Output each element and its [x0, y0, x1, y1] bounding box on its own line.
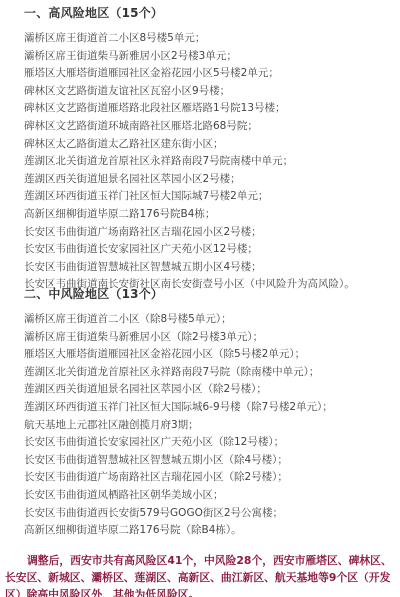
list-item: 灞桥区席王街道柴马新雅居小区2号楼3单元； [24, 48, 355, 66]
medium-risk-heading: 二、中风险地区（13个） [24, 285, 163, 302]
list-item: 灞桥区席王街道柴马新雅居小区（除2号楼3单元）； [24, 329, 333, 347]
list-item: 莲湖区环西街道玉祥门社区恒大国际城6-9号楼（除7号楼2单元）； [24, 399, 333, 417]
summary-paragraph: 调整后，西安市共有高风险区41个，中风险28个，西安市雁塔区、碑林区、长安区、新… [5, 552, 397, 597]
high-risk-heading: 一、高风险地区（15个） [24, 4, 163, 21]
list-item: 莲湖区西关街道旭景名园社区萃园小区（除2号楼）； [24, 381, 333, 399]
list-item: 莲湖区环西街道玉祥门社区恒大国际城7号楼2单元； [24, 188, 355, 206]
list-item: 莲湖区北关街道龙首原社区永祥路南段7号院南楼中单元； [24, 153, 355, 171]
list-item: 长安区韦曲街道长安家园社区广天苑小区（除12号楼）； [24, 434, 333, 452]
list-item: 长安区韦曲街道广场南路社区吉瑞花园小区（除2号楼）； [24, 469, 333, 487]
list-item: 长安区韦曲街道西长安街579号GOGO街区2号公寓楼； [24, 505, 333, 523]
list-item: 高新区细柳街道毕原二路176号院B4栋； [24, 206, 355, 224]
list-item: 碑林区太乙路街道太乙路社区建东街小区； [24, 136, 355, 154]
list-item: 航天基地上元郡社区融创揽月府3期； [24, 417, 333, 435]
list-item: 灞桥区席王街道首二小区8号楼5单元； [24, 30, 355, 48]
list-item: 长安区韦曲街道智慧城社区智慧城五期小区（除4号楼）； [24, 452, 333, 470]
summary-text: 调整后，西安市共有高风险区41个，中风险28个，西安市雁塔区、碑林区、长安区、新… [5, 554, 392, 597]
list-item: 碑林区文艺路街道雁塔路北段社区雁塔路1号院13号楼； [24, 100, 355, 118]
list-item: 莲湖区北关街道龙首原社区永祥路南段7号院（除南楼中单元）； [24, 364, 333, 382]
list-item: 长安区韦曲街道凤栖路社区朝华美域小区； [24, 487, 333, 505]
list-item: 雁塔区大雁塔街道雁园社区金裕花园小区（除5号楼2单元）； [24, 346, 333, 364]
list-item: 碑林区文艺路街道友谊社区瓦窑小区9号楼； [24, 83, 355, 101]
medium-risk-list: 灞桥区席王街道首二小区（除8号楼5单元）； 灞桥区席王街道柴马新雅居小区（除2号… [24, 311, 333, 540]
list-item: 雁塔区大雁塔街道雁园社区金裕花园小区5号楼2单元； [24, 65, 355, 83]
list-item: 长安区韦曲街道长安家园社区广天苑小区12号楼； [24, 241, 355, 259]
list-item: 莲湖区西关街道旭景名园社区萃园小区2号楼； [24, 171, 355, 189]
list-item: 长安区韦曲街道广场南路社区吉瑞花园小区2号楼； [24, 224, 355, 242]
list-item: 碑林区文艺路街道环城南路社区雁塔北路68号院； [24, 118, 355, 136]
high-risk-list: 灞桥区席王街道首二小区8号楼5单元； 灞桥区席王街道柴马新雅居小区2号楼3单元；… [24, 30, 355, 294]
list-item: 长安区韦曲街道智慧城社区智慧城五期小区4号楼； [24, 259, 355, 277]
list-item: 灞桥区席王街道首二小区（除8号楼5单元）； [24, 311, 333, 329]
list-item: 高新区细柳街道毕原二路176号院（除B4栋）。 [24, 522, 333, 540]
